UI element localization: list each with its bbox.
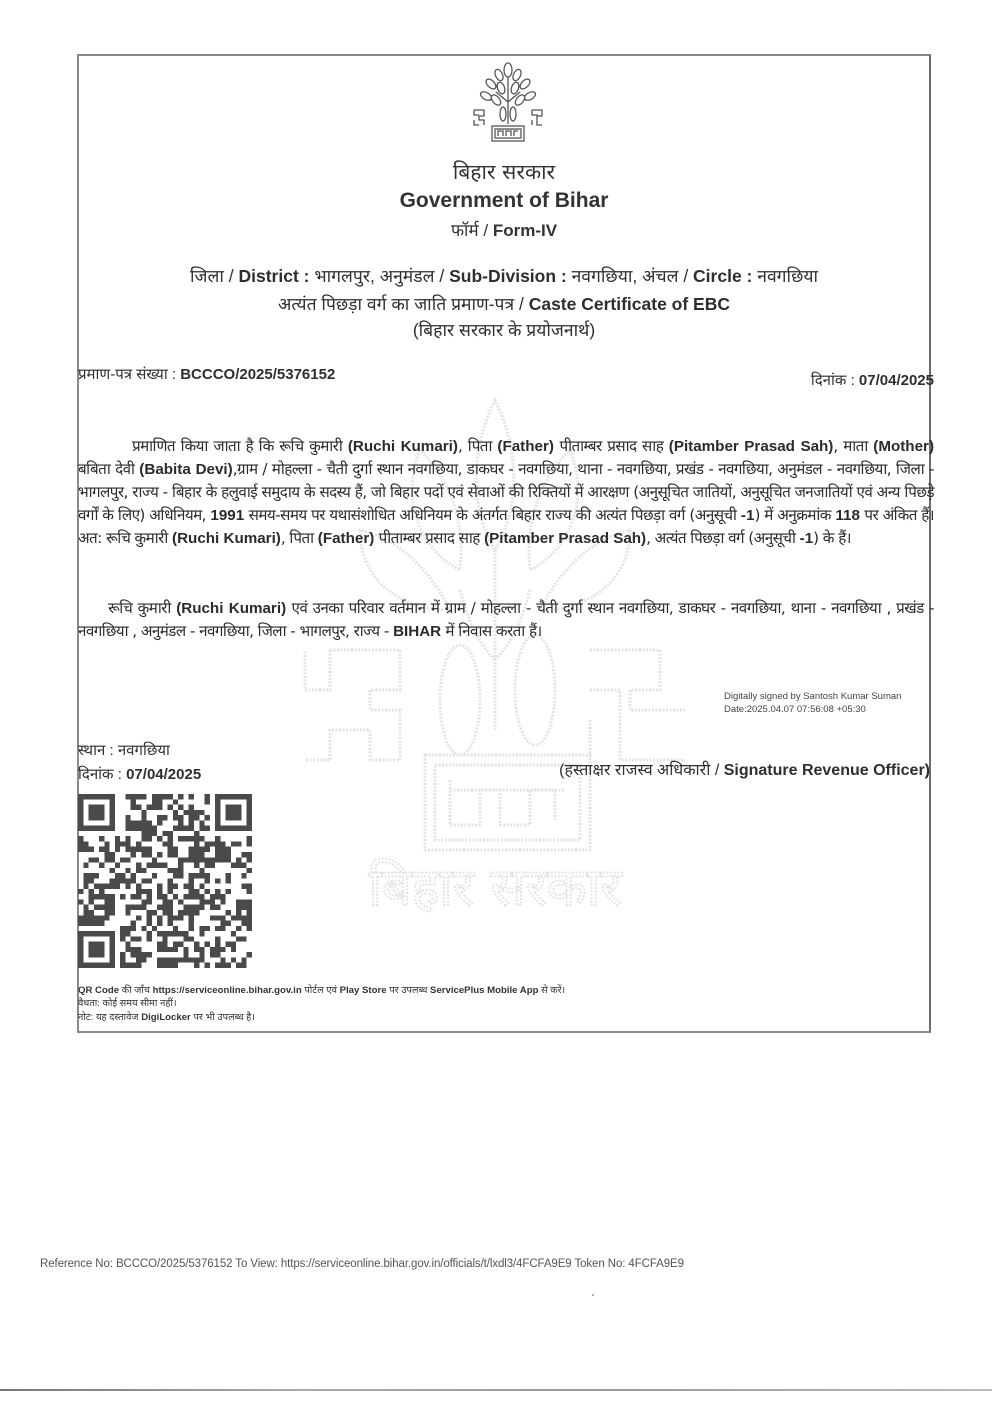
circle-label-hindi: अंचल / (642, 266, 693, 286)
reference-footer: Reference No: BCCCO/2025/5376152 To View… (40, 1258, 684, 1270)
circle-label: Circle : (693, 266, 752, 286)
digilocker-note: नोट: यह दस्तावेज DigiLocker पर भी उपलब्ध… (78, 1010, 255, 1023)
form-number: फॉर्म / Form-IV (77, 218, 931, 241)
certificate-date: दिनांक : 07/04/2025 (811, 370, 934, 390)
subdivision-label-hindi: अनुमंडल / (380, 266, 449, 286)
scan-speck (592, 1294, 594, 1296)
certificate-title: अत्यंत पिछड़ा वर्ग का जाति प्रमाण-पत्र /… (77, 292, 931, 316)
certificate-date-value: 07/04/2025 (859, 372, 934, 389)
applicant-name: (Ruchi Kumari) (348, 438, 458, 455)
certification-paragraph: प्रमाणित किया जाता है कि रूचि कुमारी (Ru… (78, 435, 934, 550)
watermark-text: बिहार सरकार (368, 858, 623, 918)
certificate-number-value: BCCCO/2025/5376152 (180, 366, 335, 383)
issue-date: दिनांक : 07/04/2025 (78, 764, 201, 784)
father-name: (Pitamber Prasad Sah) (669, 438, 834, 455)
subdivision-label: Sub-Division : (449, 266, 567, 286)
qr-verification-note: QR Code की जाँच https://serviceonline.bi… (78, 983, 565, 996)
form-label: Form-IV (493, 221, 557, 240)
certificate-title-hindi: अत्यंत पिछड़ा वर्ग का जाति प्रमाण-पत्र / (278, 294, 529, 314)
form-label-hindi: फॉर्म / (451, 221, 493, 240)
certificate-date-label: दिनांक : (811, 372, 859, 389)
qr-code[interactable] (78, 794, 252, 968)
government-title: Government of Bihar (77, 189, 931, 213)
certificate-purpose: (बिहार सरकार के प्रयोजनार्थ) (77, 318, 931, 342)
circle-value: नवगछिया (752, 266, 818, 286)
signature-revenue-officer: (हस्ताक्षर राजस्व अधिकारी / Signature Re… (559, 758, 930, 780)
digital-signer: Digitally signed by Santosh Kumar Suman (724, 690, 901, 703)
issue-place: स्थान : नवगछिया (78, 740, 170, 760)
hindi-government-title: बिहार सरकार (77, 158, 931, 186)
verification-url[interactable]: https://serviceonline.bihar.gov.in (153, 985, 302, 996)
scan-edge-line (0, 1389, 992, 1391)
certificate-number: प्रमाण-पत्र संख्या : BCCCO/2025/5376152 (78, 364, 335, 384)
digital-signature: Digitally signed by Santosh Kumar Suman … (724, 690, 901, 716)
district-label-hindi: जिला / (190, 266, 239, 286)
subdivision-value: नवगछिया, (567, 266, 642, 286)
district-label: District : (238, 266, 309, 286)
mother-name: (Babita Devi) (139, 461, 232, 478)
validity-note: वैधता: कोई समय सीमा नहीं। (78, 996, 177, 1009)
certificate-number-label: प्रमाण-पत्र संख्या : (78, 366, 180, 383)
state-name: BIHAR (393, 623, 441, 640)
serial-number: 118 (835, 507, 860, 524)
certificate-title-english: Caste Certificate of EBC (529, 294, 730, 314)
digital-sign-date: Date:2025.04.07 07:56:08 +05:30 (724, 703, 901, 716)
residence-paragraph: रूचि कुमारी (Ruchi Kumari) एवं उनका परिव… (78, 597, 934, 643)
jurisdiction-line: जिला / District : भागलपुर, अनुमंडल / Sub… (77, 264, 931, 288)
district-value: भागलपुर, (309, 266, 379, 286)
bihar-emblem-icon (468, 62, 548, 144)
